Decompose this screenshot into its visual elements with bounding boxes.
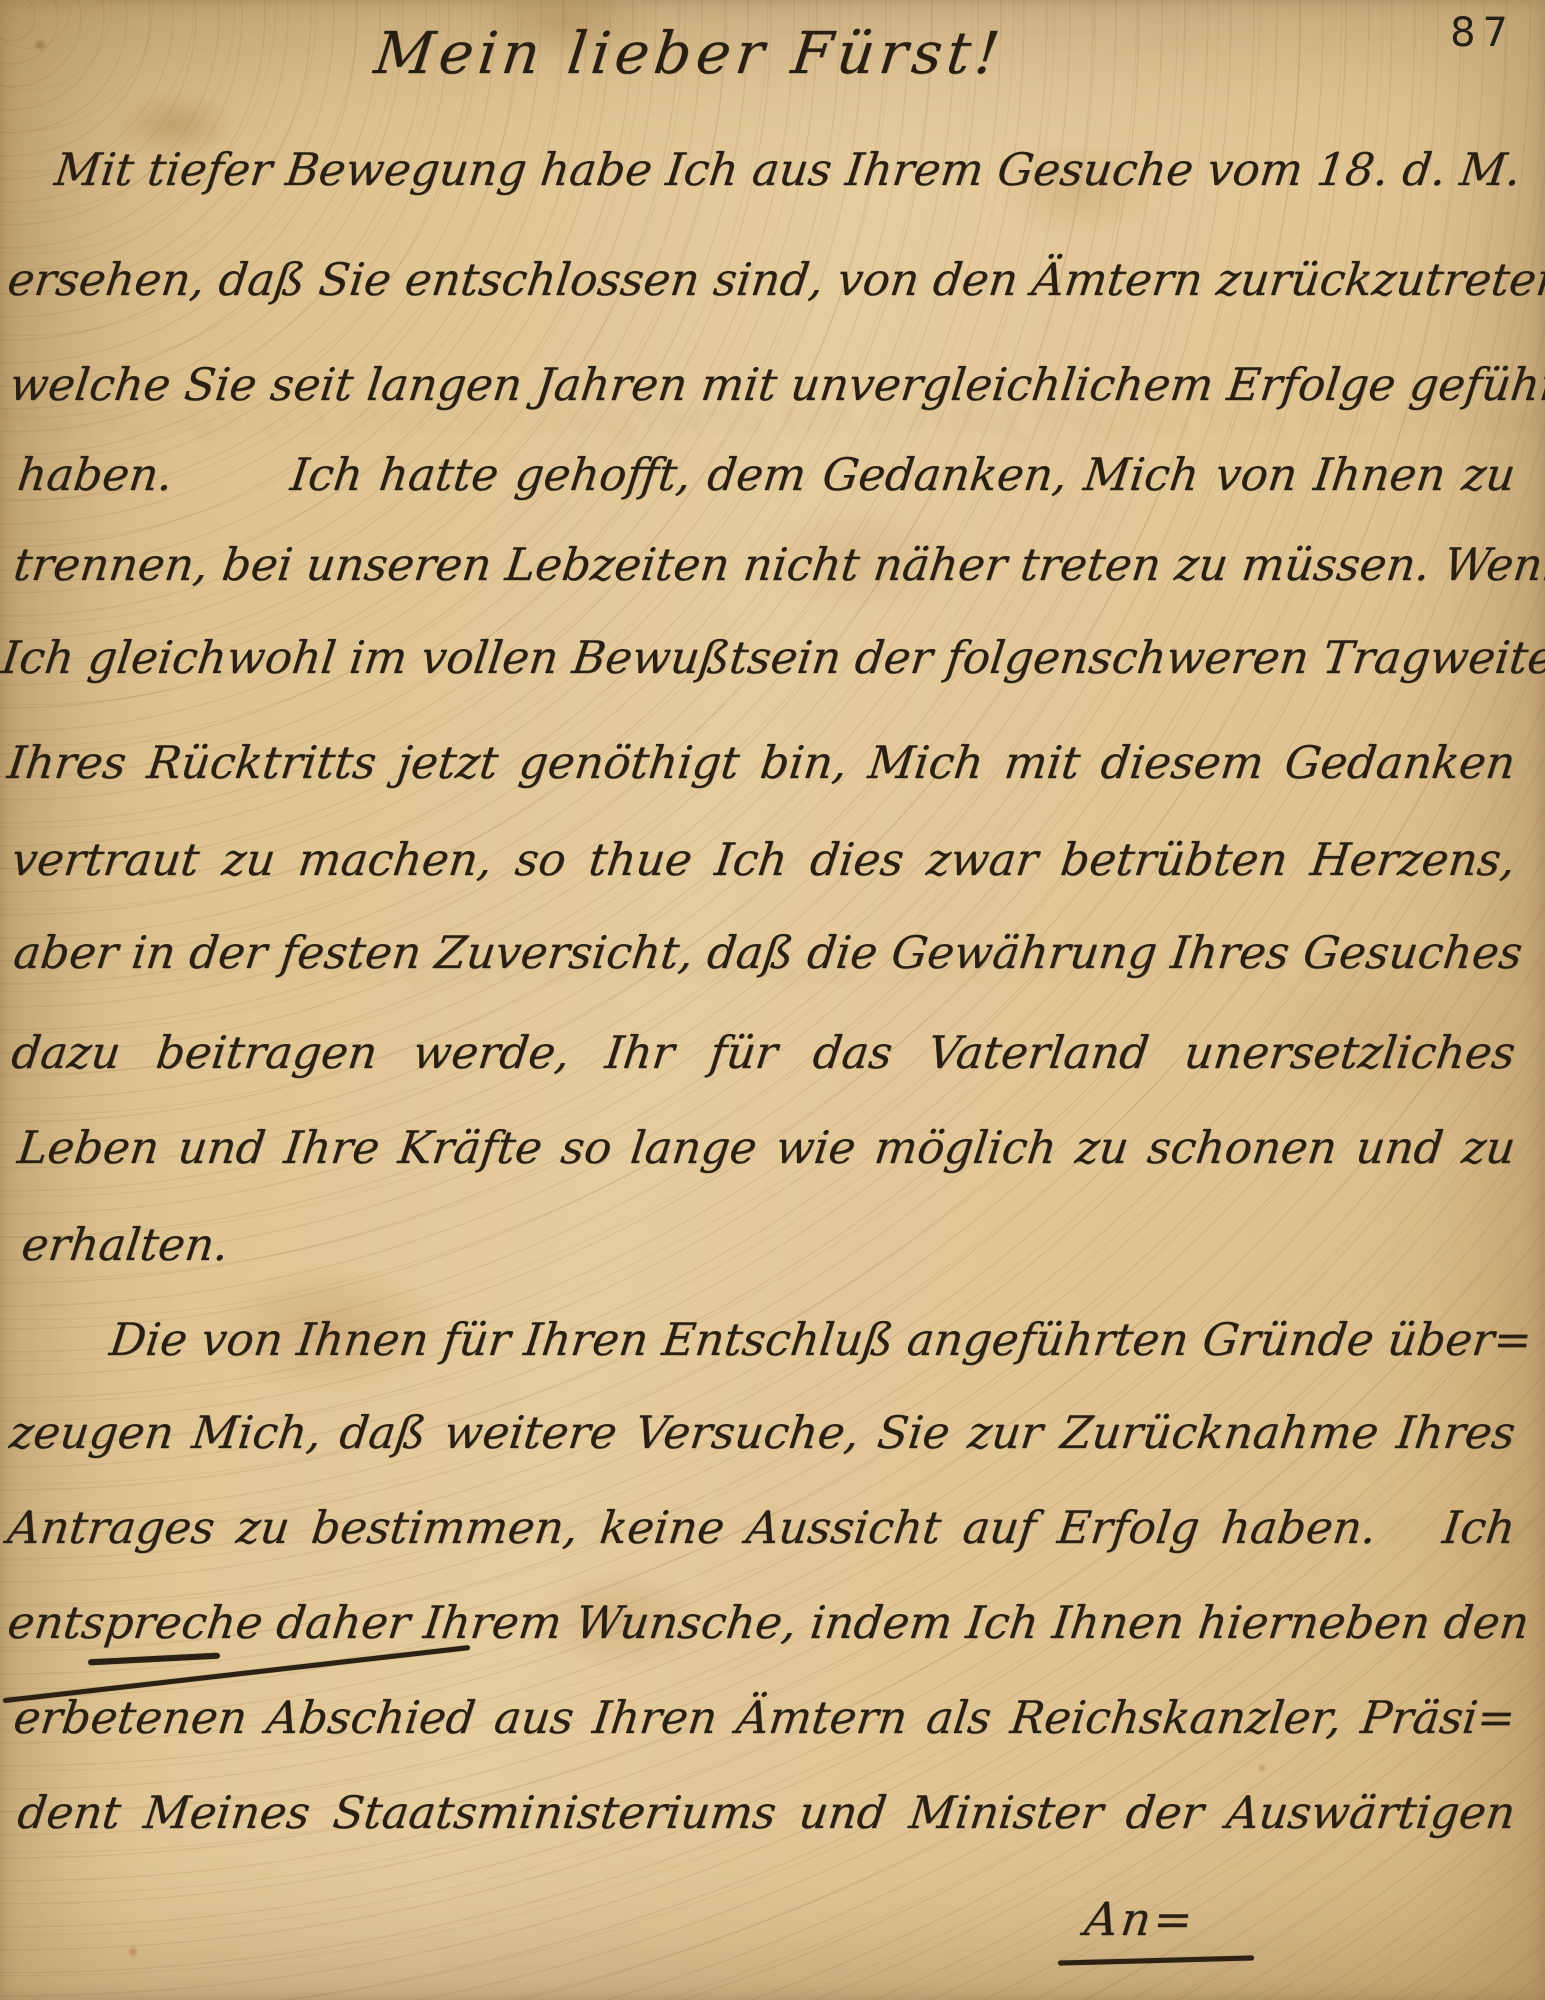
manuscript-line: ersehen, daß Sie entschlossen sind, von … [5,252,1519,308]
folio-number: 87 [1450,10,1515,56]
manuscript-line: welche Sie seit langen Jahren mit unverg… [7,357,1519,413]
manuscript-line: dazu beitragen werde, Ihr für das Vaterl… [9,1025,1519,1081]
manuscript-line: entspreche daher Ihrem Wunsche, indem Ic… [5,1595,1519,1651]
letter-salutation: Mein lieber Fürst! [371,18,1008,88]
manuscript-line: dent Meines Staatsministeriums und Minis… [15,1785,1519,1841]
manuscript-line: zeugen Mich, daß weitere Versuche, Sie z… [7,1405,1519,1461]
manuscript-line: Leben und Ihre Kräfte so lange wie mögli… [15,1120,1519,1176]
manuscript-line: trennen, bei unseren Lebzeiten nicht näh… [11,537,1519,593]
catchword: An= [1082,1892,1199,1946]
manuscript-line: erbetenen Abschied aus Ihren Ämtern als … [11,1690,1519,1746]
emphasis-underline-mark [88,1653,220,1666]
manuscript-line: aber in der festen Zuversicht, daß die G… [11,925,1519,981]
catchword-underline [1058,1955,1254,1965]
manuscript-line: erhalten. [19,1217,1519,1273]
manuscript-line: Mit tiefer Bewegung habe Ich aus Ihrem G… [52,142,1519,198]
manuscript-line: Ihres Rücktritts jetzt genöthigt bin, Mi… [5,735,1519,791]
manuscript-line: Ich gleichwohl im vollen Bewußtsein der … [0,630,1518,686]
manuscript-line: Antrages zu bestimmen, keine Aussicht au… [5,1500,1519,1556]
manuscript-line: haben. Ich hatte gehofft, dem Gedanken, … [15,447,1519,503]
manuscript-line: vertraut zu machen, so thue Ich dies zwa… [9,832,1519,888]
manuscript-page: 87 welche Sie seit langen Jahren mit unv… [0,0,1545,2000]
manuscript-line: Die von Ihnen für Ihren Entschluß angefü… [107,1312,1519,1368]
